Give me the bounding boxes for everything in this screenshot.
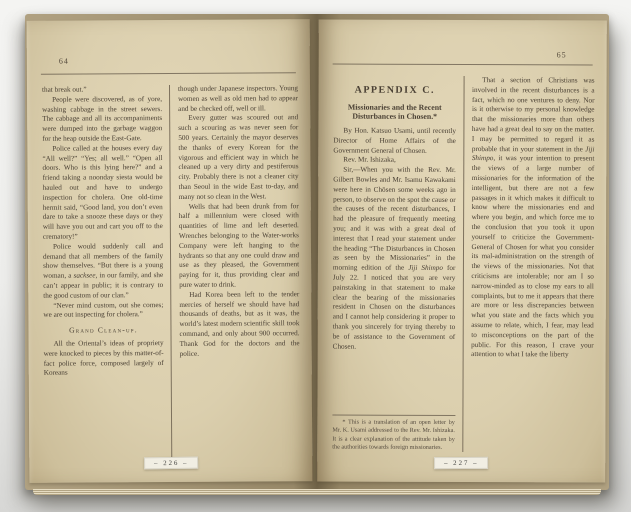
italic-term: sacksee, [74,272,98,280]
paragraph: That a section of Christians was involve… [471,76,594,361]
left-page-column-1: that break out.” People were discovered,… [42,85,171,462]
page-header-left: 64 [27,19,310,75]
footnote-block: * This is a translation of an open lette… [332,411,455,452]
header-rule [333,64,593,66]
paragraph: Police would suddenly call and demand th… [43,242,163,302]
appendix-heading: APPENDIX C. [334,86,457,96]
page-header-right: 65 [319,19,607,65]
page-number: 64 [59,57,69,66]
folio-sticker: – 227 – [434,457,488,469]
footnote-rule [332,415,455,416]
right-page-column-1: APPENDIX C. Missionaries and the Recent … [332,76,463,452]
right-page-column-2: That a section of Christians was involve… [462,76,595,452]
page-number: 65 [319,49,567,59]
photo-backdrop: 64 that break out.” People were discover… [0,0,631,512]
text-segment: That a section of Christians was involve… [472,76,595,153]
article-title: Missionaries and the Recent Disturbances… [333,102,456,122]
paragraph: Every gutter was scoured out and such a … [178,114,299,203]
paragraph: Wells that had been drunk from for half … [179,202,300,291]
salutation: Rev. Mr. Ishizaka, [333,156,456,166]
open-book: 64 that break out.” People were discover… [25,14,609,490]
paragraph: though under Japanese inspectors. Young … [178,84,298,114]
header-rule [41,72,296,75]
footnote: * This is a translation of an open lette… [332,419,455,452]
section-heading: Grand Clean-up. [43,325,163,336]
italic-publication: Jiji Shimpo [408,264,443,272]
book-page-right: 65 APPENDIX C. Missionaries and the Rece… [317,19,607,482]
paragraph: People were discovered, as of yore, wash… [42,95,162,145]
paragraph: “Never mind custom, out she comes; we ar… [43,301,163,321]
text-segment: it was your intention to present the vie… [471,154,594,358]
folio-sticker: – 226 – [144,457,199,470]
paragraph: All the Oriental’s ideas of propriety we… [44,339,164,379]
text-columns-right: APPENDIX C. Missionaries and the Recent … [332,76,594,453]
paragraph: Sir,—When you with the Rev. Mr. Gilbert … [333,166,456,353]
text-segment: Sir,—When you with the Rev. Mr. Gilbert … [333,166,456,272]
paragraph: Police called at the houses every day “A… [42,144,163,243]
paragraph: Had Korea been left to the tender mercie… [179,290,299,359]
text-segment: for July 22. I noticed that you are very… [333,264,456,350]
left-page-column-2: though under Japanese inspectors. Young … [169,84,300,461]
byline: By Hon. Katsuo Usami, until recently Dir… [333,127,456,157]
book-page-left: 64 that break out.” People were discover… [27,19,313,483]
text-columns-left: that break out.” People were discovered,… [42,84,300,462]
